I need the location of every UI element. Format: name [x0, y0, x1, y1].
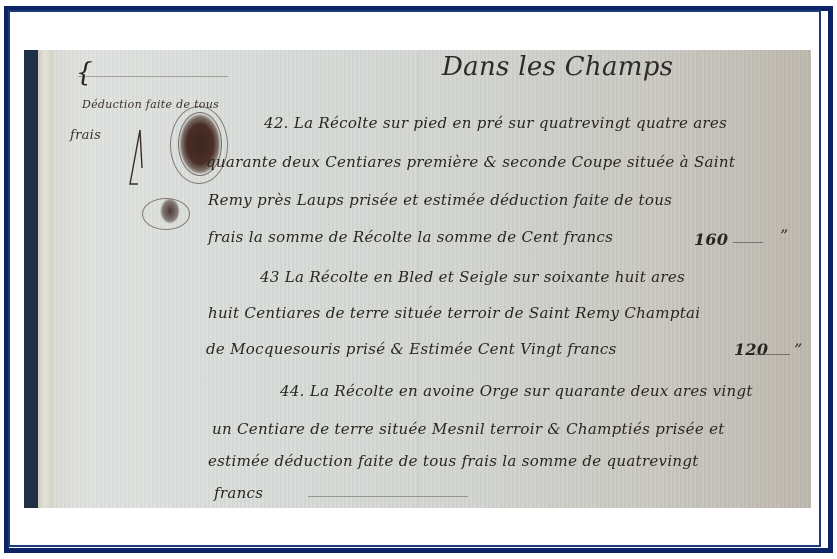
entry-43-line2: huit Centiares de terre située terroir d…: [208, 304, 700, 322]
manuscript-page: Dans les Champs { Déduction faite de tou…: [38, 50, 811, 508]
entry-42-line1: 42. La Récolte sur pied en pré sur quatr…: [264, 114, 727, 132]
ditto-mark: ”: [780, 226, 788, 245]
entry-43-line3: de Mocquesouris prisé & Estimée Cent Vin…: [206, 340, 617, 358]
margin-bracket-mark: {: [76, 58, 93, 88]
ditto-mark: ”: [794, 340, 802, 359]
entry-42-amount: 160: [694, 230, 728, 249]
page-heading: Dans les Champs: [442, 52, 673, 82]
entry-42-line4: frais la somme de Récolte la somme de Ce…: [208, 228, 613, 246]
entry-44-line1: 44. La Récolte en avoine Orge sur quaran…: [280, 382, 753, 400]
entry-43-line1: 43 La Récolte en Bled et Seigle sur soix…: [260, 268, 685, 286]
amount-rule: [733, 242, 763, 243]
entry-42-line2: quarante deux Centiares première & secon…: [206, 153, 735, 171]
entry-44-line4: francs: [214, 484, 263, 502]
margin-note-frais: frais: [70, 128, 101, 143]
ink-blot-small: [160, 198, 180, 224]
paper-edge: [38, 50, 52, 508]
margin-caret-mark: [128, 128, 144, 188]
entry-44-line2: un Centiare de terre située Mesnil terro…: [212, 420, 725, 438]
entry-43-amount: 120: [734, 340, 768, 359]
document-photo: Dans les Champs { Déduction faite de tou…: [24, 50, 811, 508]
amount-rule: [754, 354, 790, 355]
entry-44-line3: estimée déduction faite de tous frais la…: [208, 452, 699, 470]
entry-42-line3: Remy près Laups prisée et estimée déduct…: [208, 191, 672, 209]
closing-rule: [308, 496, 468, 497]
margin-rule: [78, 76, 228, 77]
